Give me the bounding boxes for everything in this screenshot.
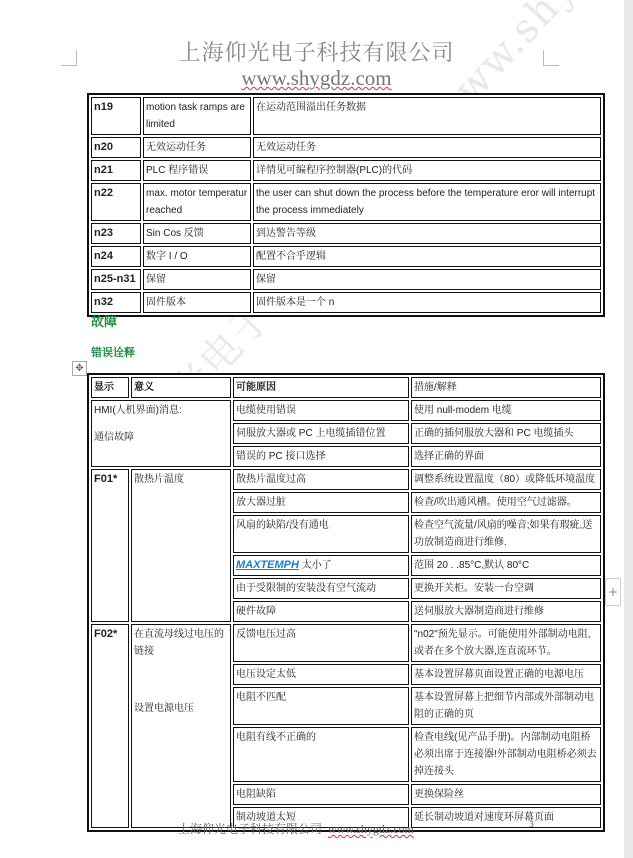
action-cell: 送伺服放大器制造商进行维修 [411, 601, 601, 622]
action-cell: 选择正确的界面 [411, 446, 601, 467]
page-number: 3 [529, 820, 534, 829]
header-cell: 显示 [91, 377, 129, 398]
code-cell: n24 [91, 246, 141, 267]
meaning-cell: max. motor temperatur reached [143, 183, 251, 221]
table-header-row: 显示 意义 可能原因 措施/解释 [91, 377, 601, 398]
add-row-button[interactable]: + [605, 578, 621, 606]
cause-cell: 电阻不匹配 [233, 687, 409, 725]
maxtemph-link[interactable]: MAXTEMPH [236, 559, 299, 571]
action-cell: "n02"预先显示。可能使用外部制动电阻,或者在多个放大器,连直流环节。 [411, 624, 601, 662]
meaning-cell: 无效运动任务 [143, 137, 251, 158]
code-cell: n23 [91, 223, 141, 244]
section-subheading: 错误诠释 [91, 344, 135, 360]
action-cell: 使用 null-modem 电缆 [411, 400, 601, 421]
cause-cell: MAXTEMPH 太小了 [233, 555, 409, 576]
cause-cell: 电缆使用错误 [233, 400, 409, 421]
action-cell: 基本设置屏幕上把细节内部或外部制动电阻的正确的页 [411, 687, 601, 725]
header-company-name: 上海仰光电子科技有限公司 [0, 36, 633, 67]
code-cell: n20 [91, 137, 141, 158]
code-cell: n25-n31 [91, 269, 141, 290]
cause-text: 太小了 [299, 560, 332, 571]
cause-cell: 电阻有线不正确的 [233, 727, 409, 782]
action-cell: 正确的插伺服放大器和 PC 电缆插头 [411, 423, 601, 444]
action-cell: 范围 20 . .85°C,默认 80°C [411, 555, 601, 576]
footer-company-name: 上海仰光电子科技有限公司 [178, 822, 322, 836]
action-cell: 基本设置屏幕页面设置正确的电源电压 [411, 664, 601, 685]
description-cell: 配置不合乎逻辑 [253, 246, 601, 267]
action-cell: 检查空气流量/风扇的噪音;如果有瑕疵,送功放制造商进行维修. [411, 515, 601, 553]
description-cell: the user can shut down the process befor… [253, 183, 601, 221]
table-row: n23 Sin Cos 反馈 到达警告等级 [91, 223, 601, 244]
cause-cell: 电压设定太低 [233, 664, 409, 685]
code-cell: n19 [91, 97, 141, 135]
cause-cell: 硬件故障 [233, 601, 409, 622]
table-row: n21 PLC 程序错误 详情见可编程序控制器(PLC)的代码 [91, 160, 601, 181]
meaning-cell: 散热片温度 [131, 469, 231, 622]
meaning-line: 通信故障 [94, 429, 228, 446]
header-cell: 措施/解释 [411, 377, 601, 398]
code-cell: F01* [91, 469, 129, 622]
action-cell: 更换保险丝 [411, 784, 601, 805]
table-row: n19 motion task ramps are limited 在运动范围溢… [91, 97, 601, 135]
meaning-line: 在直流母线过电压的链接 [134, 626, 228, 660]
code-cell: n22 [91, 183, 141, 221]
footer-url: www.shygdz.com [328, 822, 414, 836]
cause-cell: 伺服放大器或 PC 上电缆插错位置 [233, 423, 409, 444]
meaning-cell: HMI(人机界面)消息: 通信故障 [91, 400, 231, 467]
status-code-table: n19 motion task ramps are limited 在运动范围溢… [87, 93, 605, 317]
code-cell: n21 [91, 160, 141, 181]
meaning-cell: motion task ramps are limited [143, 97, 251, 135]
action-cell: 检查电线(见产品手册)。内部制动电阻桥必须出席于连接器!外部制动电阻桥必须去掉连… [411, 727, 601, 782]
table-row: n25-n31 保留 保留 [91, 269, 601, 290]
meaning-cell: 数字 I / O [143, 246, 251, 267]
cause-cell: 放大器过脏 [233, 492, 409, 513]
description-cell: 固件版本是一个 n [253, 292, 601, 313]
table-row: n20 无效运动任务 无效运动任务 [91, 137, 601, 158]
table-row: n22 max. motor temperatur reached the us… [91, 183, 601, 221]
action-cell: 延长制动坡道对速度环屏幕页面 [411, 807, 601, 828]
cause-cell: 风扇的缺陷/没有通电 [233, 515, 409, 553]
meaning-cell: 固件版本 [143, 292, 251, 313]
description-cell: 详情见可编程序控制器(PLC)的代码 [253, 160, 601, 181]
vertical-scrollbar[interactable] [624, 0, 633, 858]
section-heading: 故障 [91, 311, 117, 330]
cause-cell: 散热片温度过高 [233, 469, 409, 490]
table-move-handle-icon[interactable]: ✥ [72, 361, 87, 376]
cause-cell: 错误的 PC 接口选择 [233, 446, 409, 467]
action-cell: 调整系统设置温度（80）或降低环境温度 [411, 469, 601, 490]
code-cell: F02* [91, 624, 129, 828]
table-row: n24 数字 I / O 配置不合乎逻辑 [91, 246, 601, 267]
meaning-cell: PLC 程序错误 [143, 160, 251, 181]
meaning-line: 设置电源电压 [134, 700, 228, 717]
meaning-cell: 在直流母线过电压的链接 设置电源电压 [131, 624, 231, 828]
table-row: F02* 在直流母线过电压的链接 设置电源电压 反馈电压过高 "n02"预先显示… [91, 624, 601, 662]
description-cell: 到达警告等级 [253, 223, 601, 244]
cause-cell: 反馈电压过高 [233, 624, 409, 662]
fault-table: 显示 意义 可能原因 措施/解释 HMI(人机界面)消息: 通信故障 电缆使用错… [87, 373, 605, 832]
cause-cell: 电阻缺陷 [233, 784, 409, 805]
description-cell: 在运动范围溢出任务数据 [253, 97, 601, 135]
header-cell: 可能原因 [233, 377, 409, 398]
action-cell: 更换开关柜。安装一台空调 [411, 578, 601, 599]
table-row: HMI(人机界面)消息: 通信故障 电缆使用错误 使用 null-modem 电… [91, 400, 601, 421]
meaning-cell: 保留 [143, 269, 251, 290]
code-cell: n32 [91, 292, 141, 313]
header-url: www.shygdz.com [0, 66, 633, 91]
cause-cell: 由于受限制的安装没有空气流动 [233, 578, 409, 599]
description-cell: 无效运动任务 [253, 137, 601, 158]
table-row: n32 固件版本 固件版本是一个 n [91, 292, 601, 313]
header-cell: 意义 [131, 377, 231, 398]
meaning-cell: Sin Cos 反馈 [143, 223, 251, 244]
footer: 上海仰光电子科技有限公司www.shygdz.com [178, 820, 414, 837]
table-row: F01* 散热片温度 散热片温度过高 调整系统设置温度（80）或降低环境温度 [91, 469, 601, 490]
action-cell: 检查/吹出通风槽。使用空气过滤器。 [411, 492, 601, 513]
meaning-line: HMI(人机界面)消息: [94, 402, 228, 419]
description-cell: 保留 [253, 269, 601, 290]
